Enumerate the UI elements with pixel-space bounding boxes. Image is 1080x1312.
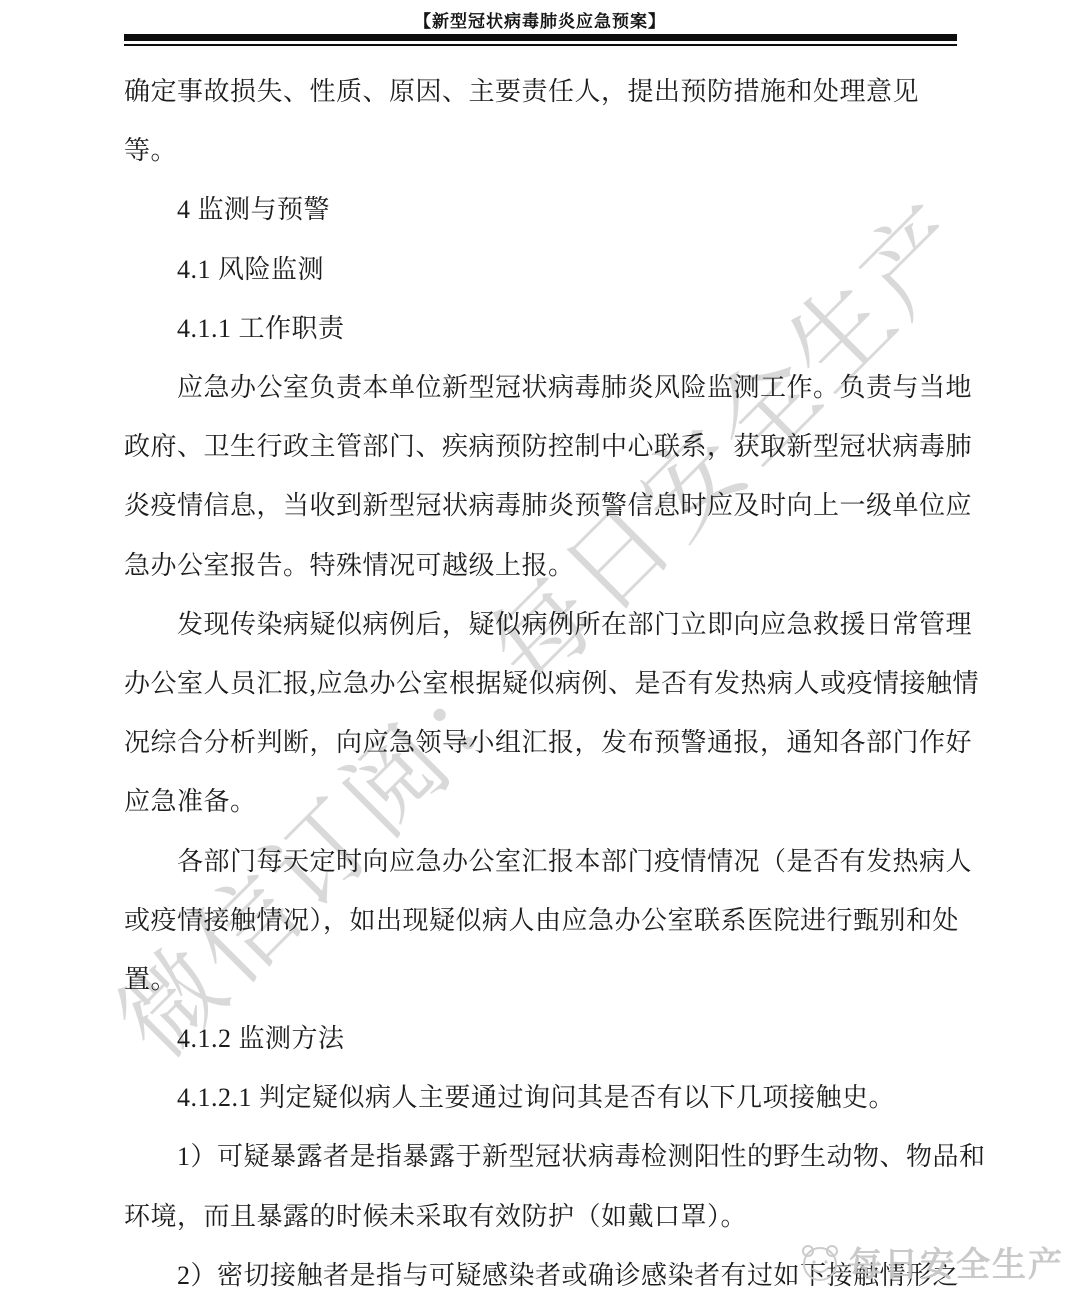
text-line: 等。 — [124, 119, 964, 178]
text-line: 4 监测与预警 — [124, 178, 964, 237]
text-line: 4.1 风险监测 — [124, 238, 964, 297]
text-line: 1）可疑暴露者是指暴露于新型冠状病毒检测阳性的野生动物、物品和 — [124, 1125, 964, 1184]
text-line: 2）密切接触者是指与可疑感染者或确诊感染者有过如下接触情形之 — [124, 1244, 964, 1303]
text-line: 应急准备。 — [124, 770, 964, 829]
text-line: 环境，而且暴露的时候未采取有效防护（如戴口罩）。 — [124, 1185, 964, 1244]
text-line: 发现传染病疑似病例后，疑似病例所在部门立即向应急救援日常管理 — [124, 593, 964, 652]
text-line: 炎疫情信息，当收到新型冠状病毒肺炎预警信息时应及时向上一级单位应 — [124, 474, 964, 533]
document-lines: 确定事故损失、性质、原因、主要责任人，提出预防措施和处理意见等。4 监测与预警4… — [124, 60, 964, 1303]
text-line: 4.1.2.1 判定疑似病人主要通过询问其是否有以下几项接触史。 — [124, 1066, 964, 1125]
text-line: 政府、卫生行政主管部门、疾病预防控制中心联系，获取新型冠状病毒肺 — [124, 415, 964, 474]
text-line: 急办公室报告。特殊情况可越级上报。 — [124, 534, 964, 593]
text-line: 置。 — [124, 948, 964, 1007]
text-line: 确定事故损失、性质、原因、主要责任人，提出预防措施和处理意见 — [124, 60, 964, 119]
document-page: 【新型冠状病毒肺炎应急预案】 微信订阅：每日安全生产 确定事故损失、性质、原因、… — [0, 0, 1080, 1312]
text-line: 4.1.1 工作职责 — [124, 297, 964, 356]
text-line: 各部门每天定时向应急办公室汇报本部门疫情情况（是否有发热病人 — [124, 829, 964, 888]
text-line: 或疫情接触情况），如出现疑似病人由应急办公室联系医院进行甄别和处 — [124, 889, 964, 948]
header-divider — [124, 34, 957, 46]
text-line: 况综合分析判断，向应急领导小组汇报，发布预警通报，通知各部门作好 — [124, 711, 964, 770]
text-line: 办公室人员汇报,应急办公室根据疑似病例、是否有发热病人或疫情接触情 — [124, 652, 964, 711]
text-line: 4.1.2 监测方法 — [124, 1007, 964, 1066]
page-title: 【新型冠状病毒肺炎应急预案】 — [0, 7, 1080, 32]
text-line: 应急办公室负责本单位新型冠状病毒肺炎风险监测工作。负责与当地 — [124, 356, 964, 415]
